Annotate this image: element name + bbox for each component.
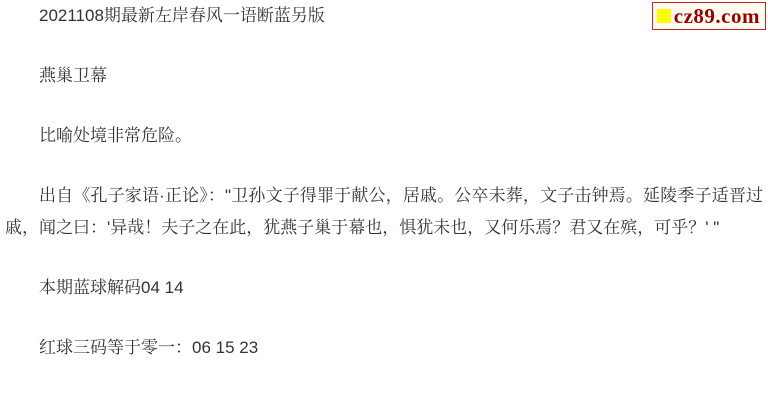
paragraph-red-ball-code: 红球三码等于零一：06 15 23 (5, 332, 763, 364)
page-title: 2021108期最新左岸春风一语断蓝另版 (5, 0, 763, 32)
paragraph-meaning: 比喻处境非常危险。 (5, 120, 763, 152)
logo-yellow-square-icon (657, 9, 671, 23)
article-body: 2021108期最新左岸春风一语断蓝另版 燕巢卫幕 比喻处境非常危险。 出自《孔… (0, 0, 768, 364)
site-logo[interactable]: cz89.com (652, 2, 766, 30)
paragraph-source-quote: 出自《孔子家语·正论》："卫孙文子得罪于献公，居戚。公卒未葬，文子击钟焉。延陵季… (5, 180, 763, 244)
paragraph-blue-ball-code: 本期蓝球解码04 14 (5, 272, 763, 304)
logo-text: cz89.com (674, 3, 760, 29)
paragraph-idiom: 燕巢卫幕 (5, 60, 763, 92)
